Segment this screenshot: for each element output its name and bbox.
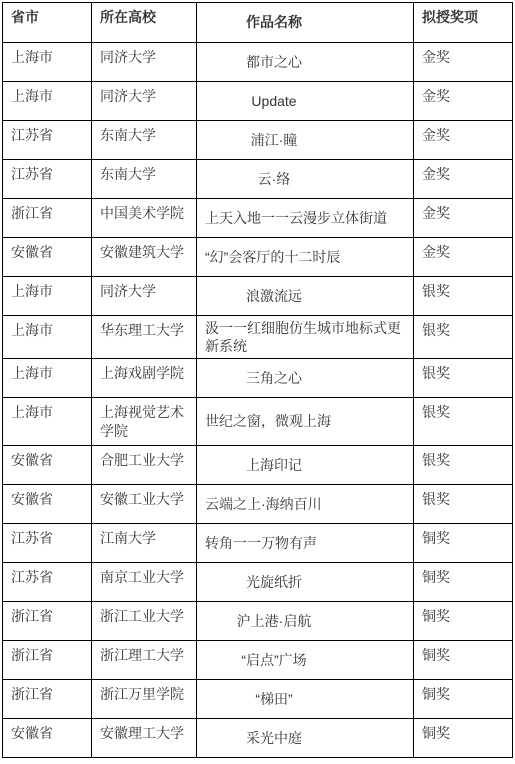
cell-province: 上海市: [3, 359, 92, 398]
table-row: 安徽省 合肥工业大学 上海印记 银奖: [3, 445, 513, 484]
cell-work: 浪激流远: [197, 277, 414, 316]
cell-award: 银奖: [414, 445, 513, 484]
document-page: 省市 所在高校 作品名称 拟授奖项 上海市 同济大学 都市之心 金奖 上海市 同…: [0, 0, 515, 763]
cell-work: 世纪之窗，微观上海: [197, 398, 414, 445]
cell-province: 安徽省: [3, 445, 92, 484]
cell-school: 东南大学: [92, 121, 197, 160]
table-row: 江苏省 江南大学 转角一一万物有声 铜奖: [3, 523, 513, 562]
cell-award: 银奖: [414, 359, 513, 398]
cell-school: 南京工业大学: [92, 562, 197, 601]
awards-table: 省市 所在高校 作品名称 拟授奖项 上海市 同济大学 都市之心 金奖 上海市 同…: [2, 2, 513, 758]
cell-award: 银奖: [414, 484, 513, 523]
cell-award: 银奖: [414, 398, 513, 445]
cell-award: 银奖: [414, 316, 513, 359]
cell-award: 金奖: [414, 121, 513, 160]
table-row: 上海市 同济大学 都市之心 金奖: [3, 43, 513, 82]
cell-school: 合肥工业大学: [92, 445, 197, 484]
cell-award: 金奖: [414, 82, 513, 121]
cell-school: 同济大学: [92, 277, 197, 316]
table-row: 浙江省 中国美术学院 上天入地一一云漫步立体街道 金奖: [3, 199, 513, 238]
table-row: 浙江省 浙江理工大学 “启点”广场 铜奖: [3, 640, 513, 679]
cell-province: 江苏省: [3, 523, 92, 562]
cell-province: 上海市: [3, 398, 92, 445]
cell-school: 浙江工业大学: [92, 601, 197, 640]
table-row: 安徽省 安徽理工大学 采光中庭 铜奖: [3, 718, 513, 757]
header-row: 省市 所在高校 作品名称 拟授奖项: [3, 3, 513, 43]
table-row: 上海市 同济大学 Update 金奖: [3, 82, 513, 121]
cell-school: 安徽理工大学: [92, 718, 197, 757]
cell-award: 铜奖: [414, 601, 513, 640]
cell-province: 上海市: [3, 43, 92, 82]
cell-work: 光旋纸折: [197, 562, 414, 601]
table-row: 上海市 华东理工大学 汲一一红细胞仿生城市地标式更新系统 银奖: [3, 316, 513, 359]
cell-work: 汲一一红细胞仿生城市地标式更新系统: [197, 316, 414, 359]
cell-province: 安徽省: [3, 484, 92, 523]
table-row: 江苏省 南京工业大学 光旋纸折 铜奖: [3, 562, 513, 601]
cell-school: 江南大学: [92, 523, 197, 562]
cell-award: 银奖: [414, 277, 513, 316]
cell-work: “幻”会客厅的十二时辰: [197, 238, 414, 277]
cell-work: 上海印记: [197, 445, 414, 484]
cell-work: 上天入地一一云漫步立体街道: [197, 199, 414, 238]
cell-province: 浙江省: [3, 679, 92, 718]
cell-award: 铜奖: [414, 523, 513, 562]
cell-work: 沪上港·启航: [197, 601, 414, 640]
cell-work: “启点”广场: [197, 640, 414, 679]
cell-province: 浙江省: [3, 199, 92, 238]
cell-province: 江苏省: [3, 562, 92, 601]
table-row: 浙江省 浙江工业大学 沪上港·启航 铜奖: [3, 601, 513, 640]
cell-province: 安徽省: [3, 238, 92, 277]
table-row: 浙江省 浙江万里学院 “梯田” 铜奖: [3, 679, 513, 718]
cell-province: 江苏省: [3, 121, 92, 160]
table-row: 上海市 上海视觉艺术学院 世纪之窗，微观上海 银奖: [3, 398, 513, 445]
cell-work: 云端之上·海纳百川: [197, 484, 414, 523]
cell-school: 上海视觉艺术学院: [92, 398, 197, 445]
cell-province: 浙江省: [3, 640, 92, 679]
cell-work: 转角一一万物有声: [197, 523, 414, 562]
table-row: 安徽省 安徽工业大学 云端之上·海纳百川 银奖: [3, 484, 513, 523]
cell-award: 铜奖: [414, 679, 513, 718]
cell-province: 上海市: [3, 316, 92, 359]
cell-work: Update: [197, 82, 414, 121]
header-award: 拟授奖项: [414, 3, 513, 43]
table-header: 省市 所在高校 作品名称 拟授奖项: [3, 3, 513, 43]
cell-school: 华东理工大学: [92, 316, 197, 359]
cell-work: 云·络: [197, 160, 414, 199]
table-body: 上海市 同济大学 都市之心 金奖 上海市 同济大学 Update 金奖 江苏省 …: [3, 43, 513, 758]
table-row: 江苏省 东南大学 浦江·瞳 金奖: [3, 121, 513, 160]
cell-award: 金奖: [414, 199, 513, 238]
header-school: 所在高校: [92, 3, 197, 43]
cell-work: 三角之心: [197, 359, 414, 398]
cell-award: 铜奖: [414, 640, 513, 679]
cell-award: 金奖: [414, 160, 513, 199]
cell-work: “梯田”: [197, 679, 414, 718]
cell-work: 都市之心: [197, 43, 414, 82]
table-row: 江苏省 东南大学 云·络 金奖: [3, 160, 513, 199]
cell-work: 浦江·瞳: [197, 121, 414, 160]
header-work: 作品名称: [197, 3, 414, 43]
cell-province: 上海市: [3, 277, 92, 316]
cell-school: 安徽建筑大学: [92, 238, 197, 277]
cell-school: 中国美术学院: [92, 199, 197, 238]
cell-province: 浙江省: [3, 601, 92, 640]
cell-school: 上海戏剧学院: [92, 359, 197, 398]
cell-province: 安徽省: [3, 718, 92, 757]
table-row: 上海市 同济大学 浪激流远 银奖: [3, 277, 513, 316]
cell-school: 安徽工业大学: [92, 484, 197, 523]
cell-province: 上海市: [3, 82, 92, 121]
table-row: 上海市 上海戏剧学院 三角之心 银奖: [3, 359, 513, 398]
cell-award: 金奖: [414, 43, 513, 82]
cell-award: 金奖: [414, 238, 513, 277]
cell-work: 采光中庭: [197, 718, 414, 757]
cell-school: 浙江万里学院: [92, 679, 197, 718]
cell-award: 铜奖: [414, 562, 513, 601]
cell-province: 江苏省: [3, 160, 92, 199]
cell-school: 浙江理工大学: [92, 640, 197, 679]
table-row: 安徽省 安徽建筑大学 “幻”会客厅的十二时辰 金奖: [3, 238, 513, 277]
header-province: 省市: [3, 3, 92, 43]
cell-school: 同济大学: [92, 82, 197, 121]
cell-school: 同济大学: [92, 43, 197, 82]
cell-award: 铜奖: [414, 718, 513, 757]
cell-school: 东南大学: [92, 160, 197, 199]
